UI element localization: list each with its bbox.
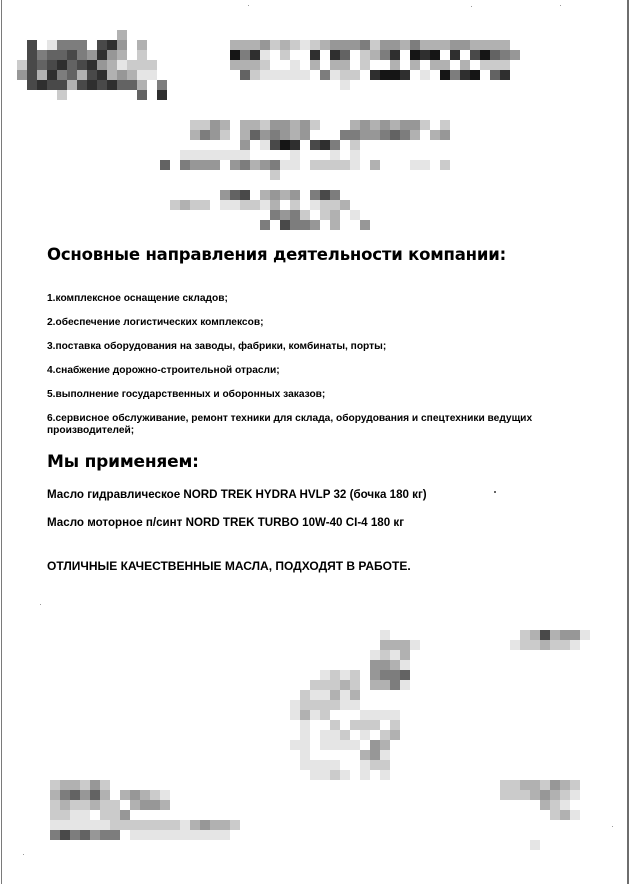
mosaic-cell <box>580 630 590 640</box>
mosaic-cell <box>560 800 570 810</box>
mosaic-cell <box>570 810 580 820</box>
mosaic-cell <box>390 60 400 70</box>
mosaic-cell <box>510 780 520 790</box>
mosaic-cell <box>560 630 570 640</box>
mosaic-cell <box>530 840 540 850</box>
mosaic-cell <box>550 800 560 810</box>
mosaic-cell <box>220 830 230 840</box>
mosaic-cell <box>210 130 220 140</box>
mosaic-cell <box>230 40 240 50</box>
mosaic-cell <box>230 200 240 210</box>
mosaic-cell <box>290 60 300 70</box>
mosaic-cell <box>320 770 330 780</box>
mosaic-cell <box>87 80 97 90</box>
mosaic-cell <box>320 210 330 220</box>
mosaic-cell <box>17 60 27 70</box>
mosaic-cell <box>330 760 340 770</box>
mosaic-cell <box>280 50 290 60</box>
mosaic-cell <box>360 120 370 130</box>
mosaic-cell <box>250 50 260 60</box>
mosaic-cell <box>110 830 120 840</box>
mosaic-cell <box>510 790 520 800</box>
verdict-text: ОТЛИЧНЫЕ КАЧЕСТВЕННЫЕ МАСЛА, ПОДХОДЯТ В … <box>47 559 411 573</box>
mosaic-cell <box>270 170 280 180</box>
mosaic-cell <box>290 70 300 80</box>
mosaic-cell <box>260 140 270 150</box>
mosaic-cell <box>270 160 280 170</box>
mosaic-cell <box>510 640 520 650</box>
mosaic-cell <box>140 800 150 810</box>
mosaic-cell <box>130 830 140 840</box>
mosaic-cell <box>530 630 540 640</box>
mosaic-cell <box>370 670 380 680</box>
mosaic-cell <box>240 70 250 80</box>
mosaic-cell <box>57 70 67 80</box>
mosaic-cell <box>390 640 400 650</box>
activities-heading: Основные направления деятельности компан… <box>47 245 506 264</box>
mosaic-cell <box>530 790 540 800</box>
mosaic-cell <box>320 740 330 750</box>
mosaic-cell <box>27 50 37 60</box>
mosaic-cell <box>147 70 157 80</box>
mosaic-cell <box>380 710 390 720</box>
mosaic-cell <box>290 150 300 160</box>
mosaic-cell <box>80 810 90 820</box>
mosaic-cell <box>520 780 530 790</box>
document-page: Основные направления деятельности компан… <box>0 0 630 884</box>
mosaic-cell <box>470 50 480 60</box>
mosaic-cell <box>27 60 37 70</box>
mosaic-cell <box>300 750 310 760</box>
mosaic-cell <box>380 770 390 780</box>
mosaic-cell <box>320 690 330 700</box>
mosaic-cell <box>97 70 107 80</box>
mosaic-cell <box>120 810 130 820</box>
mosaic-cell <box>380 640 390 650</box>
mosaic-cell <box>390 70 400 80</box>
mosaic-cell <box>390 680 400 690</box>
mosaic-cell <box>290 220 300 230</box>
mosaic-cell <box>57 60 67 70</box>
mosaic-cell <box>350 150 360 160</box>
mosaic-cell <box>560 810 570 820</box>
mosaic-cell <box>200 160 210 170</box>
mosaic-cell <box>440 40 450 50</box>
mosaic-cell <box>190 120 200 130</box>
mosaic-cell <box>290 120 300 130</box>
mosaic-cell <box>280 220 290 230</box>
mosaic-cell <box>420 50 430 60</box>
mosaic-cell <box>137 60 147 70</box>
mosaic-cell <box>300 760 310 770</box>
mosaic-cell <box>450 70 460 80</box>
mosaic-cell <box>220 200 230 210</box>
mosaic-cell <box>350 130 360 140</box>
mosaic-cell <box>140 820 150 830</box>
mosaic-cell <box>117 30 127 40</box>
mosaic-cell <box>37 70 47 80</box>
mosaic-cell <box>320 680 330 690</box>
mosaic-cell <box>360 770 370 780</box>
mosaic-cell <box>430 50 440 60</box>
mosaic-cell <box>280 40 290 50</box>
mosaic-cell <box>550 630 560 640</box>
mosaic-cell <box>77 60 87 70</box>
mosaic-cell <box>310 200 320 210</box>
mosaic-cell <box>360 760 370 770</box>
mosaic-cell <box>350 210 360 220</box>
mosaic-cell <box>180 200 190 210</box>
mosaic-cell <box>107 70 117 80</box>
mosaic-cell <box>117 50 127 60</box>
mosaic-cell <box>310 50 320 60</box>
mosaic-cell <box>147 60 157 70</box>
mosaic-cell <box>380 660 390 670</box>
mosaic-cell <box>330 60 340 70</box>
mosaic-cell <box>107 80 117 90</box>
mosaic-cell <box>290 740 300 750</box>
mosaic-cell <box>240 40 250 50</box>
mosaic-cell <box>260 200 270 210</box>
mosaic-cell <box>117 60 127 70</box>
mosaic-cell <box>220 820 230 830</box>
mosaic-cell <box>47 80 57 90</box>
mosaic-cell <box>350 160 360 170</box>
products-heading: Мы применяем: <box>47 452 199 472</box>
mosaic-cell <box>230 820 240 830</box>
mosaic-cell <box>470 40 480 50</box>
mosaic-cell <box>330 210 340 220</box>
mosaic-cell <box>330 680 340 690</box>
mosaic-cell <box>127 60 137 70</box>
mosaic-cell <box>57 80 67 90</box>
mosaic-cell <box>250 40 260 50</box>
activity-item: 3.поставка оборудования на заводы, фабри… <box>47 341 386 353</box>
mosaic-cell <box>240 60 250 70</box>
mosaic-cell <box>400 70 410 80</box>
mosaic-cell <box>320 700 330 710</box>
mosaic-cell <box>80 790 90 800</box>
mosaic-cell <box>77 80 87 90</box>
mosaic-cell <box>300 720 310 730</box>
mosaic-cell <box>550 810 560 820</box>
mosaic-cell <box>440 160 450 170</box>
mosaic-cell <box>340 740 350 750</box>
mosaic-cell <box>370 740 380 750</box>
mosaic-cell <box>190 160 200 170</box>
mosaic-cell <box>97 50 107 60</box>
mosaic-cell <box>440 120 450 130</box>
mosaic-cell <box>480 40 490 50</box>
mosaic-cell <box>350 670 360 680</box>
mosaic-cell <box>310 60 320 70</box>
mosaic-cell <box>210 160 220 170</box>
mosaic-cell <box>320 140 330 150</box>
mosaic-cell <box>60 780 70 790</box>
mosaic-cell <box>170 830 180 840</box>
mosaic-cell <box>280 70 290 80</box>
mosaic-cell <box>400 40 410 50</box>
mosaic-cell <box>240 160 250 170</box>
mosaic-cell <box>130 790 140 800</box>
mosaic-cell <box>340 680 350 690</box>
mosaic-cell <box>117 70 127 80</box>
mosaic-cell <box>310 690 320 700</box>
mosaic-cell <box>77 40 87 50</box>
mosaic-cell <box>330 770 340 780</box>
mosaic-cell <box>330 190 340 200</box>
mosaic-cell <box>370 120 380 130</box>
mosaic-cell <box>100 800 110 810</box>
mosaic-cell <box>370 130 380 140</box>
mosaic-cell <box>290 700 300 710</box>
mosaic-cell <box>290 200 300 210</box>
mosaic-cell <box>290 160 300 170</box>
mosaic-cell <box>380 120 390 130</box>
mosaic-cell <box>47 50 57 60</box>
mosaic-cell <box>290 140 300 150</box>
mosaic-cell <box>270 40 280 50</box>
mosaic-cell <box>390 730 400 740</box>
mosaic-cell <box>410 640 420 650</box>
mosaic-cell <box>340 130 350 140</box>
mosaic-cell <box>410 130 420 140</box>
mosaic-cell <box>200 200 210 210</box>
mosaic-cell <box>60 810 70 820</box>
mosaic-cell <box>370 160 380 170</box>
product-item: Масло моторное п/синт NORD TREK TURBO 10… <box>47 516 404 529</box>
mosaic-cell <box>137 90 147 100</box>
mosaic-cell <box>300 740 310 750</box>
mosaic-cell <box>360 50 370 60</box>
mosaic-cell <box>340 690 350 700</box>
mosaic-cell <box>460 70 470 80</box>
mosaic-cell <box>67 60 77 70</box>
mosaic-cell <box>410 120 420 130</box>
mosaic-cell <box>210 820 220 830</box>
mosaic-cell <box>380 650 390 660</box>
mosaic-cell <box>240 120 250 130</box>
mosaic-cell <box>190 150 200 160</box>
mosaic-cell <box>540 640 550 650</box>
mosaic-cell <box>270 140 280 150</box>
mosaic-cell <box>350 700 360 710</box>
mosaic-cell <box>330 220 340 230</box>
mosaic-cell <box>320 40 330 50</box>
mosaic-cell <box>520 630 530 640</box>
mosaic-cell <box>70 830 80 840</box>
mosaic-cell <box>260 160 270 170</box>
mosaic-cell <box>380 750 390 760</box>
mosaic-cell <box>260 40 270 50</box>
mosaic-cell <box>530 780 540 790</box>
mosaic-cell <box>250 70 260 80</box>
mosaic-cell <box>230 160 240 170</box>
mosaic-cell <box>370 650 380 660</box>
mosaic-cell <box>400 650 410 660</box>
mosaic-cell <box>67 40 77 50</box>
mosaic-cell <box>380 130 390 140</box>
mosaic-cell <box>280 160 290 170</box>
mosaic-cell <box>490 60 500 70</box>
mosaic-cell <box>170 200 180 210</box>
mosaic-cell <box>300 130 310 140</box>
mosaic-cell <box>300 710 310 720</box>
mosaic-cell <box>500 70 510 80</box>
mosaic-cell <box>117 80 127 90</box>
mosaic-cell <box>157 90 167 100</box>
mosaic-cell <box>290 210 300 220</box>
mosaic-cell <box>350 690 360 700</box>
mosaic-cell <box>27 70 37 80</box>
mosaic-cell <box>100 820 110 830</box>
mosaic-cell <box>80 820 90 830</box>
mosaic-cell <box>340 670 350 680</box>
mosaic-cell <box>330 690 340 700</box>
mosaic-cell <box>330 160 340 170</box>
mosaic-cell <box>127 80 137 90</box>
mosaic-cell <box>380 40 390 50</box>
mosaic-cell <box>540 790 550 800</box>
mosaic-cell <box>140 830 150 840</box>
mosaic-cell <box>200 130 210 140</box>
mosaic-cell <box>360 710 370 720</box>
mosaic-cell <box>360 130 370 140</box>
mosaic-cell <box>157 80 167 90</box>
mosaic-cell <box>390 660 400 670</box>
product-item: Масло гидравлическое NORD TREK HYDRA HVL… <box>47 488 427 501</box>
mosaic-cell <box>450 50 460 60</box>
mosaic-cell <box>520 790 530 800</box>
mosaic-cell <box>340 70 350 80</box>
activity-item: 5.выполнение государственных и оборонных… <box>47 389 325 401</box>
mosaic-cell <box>370 50 380 60</box>
mosaic-cell <box>300 700 310 710</box>
mosaic-cell <box>490 70 500 80</box>
mosaic-cell <box>370 720 380 730</box>
mosaic-cell <box>400 660 410 670</box>
mosaic-cell <box>350 680 360 690</box>
mosaic-cell <box>330 720 340 730</box>
mosaic-cell <box>280 130 290 140</box>
mosaic-cell <box>240 50 250 60</box>
mosaic-cell <box>210 830 220 840</box>
mosaic-cell <box>117 40 127 50</box>
scan-edge-right <box>627 0 629 884</box>
mosaic-cell <box>260 50 270 60</box>
mosaic-cell <box>350 40 360 50</box>
mosaic-cell <box>340 700 350 710</box>
mosaic-cell <box>540 780 550 790</box>
mosaic-cell <box>400 130 410 140</box>
mosaic-cell <box>120 790 130 800</box>
mosaic-cell <box>37 60 47 70</box>
mosaic-cell <box>450 40 460 50</box>
mosaic-cell <box>320 70 330 80</box>
mosaic-cell <box>480 50 490 60</box>
mosaic-cell <box>50 810 60 820</box>
mosaic-cell <box>107 40 117 50</box>
mosaic-cell <box>70 780 80 790</box>
mosaic-cell <box>230 60 240 70</box>
mosaic-cell <box>107 60 117 70</box>
mosaic-cell <box>360 220 370 230</box>
mosaic-cell <box>100 830 110 840</box>
mosaic-cell <box>180 820 190 830</box>
mosaic-cell <box>360 750 370 760</box>
mosaic-cell <box>87 70 97 80</box>
mosaic-cell <box>130 820 140 830</box>
mosaic-cell <box>500 40 510 50</box>
activity-item: 1.комплексное оснащение складов; <box>47 293 228 305</box>
mosaic-cell <box>150 820 160 830</box>
mosaic-cell <box>250 160 260 170</box>
mosaic-cell <box>240 140 250 150</box>
scan-speck <box>560 5 561 6</box>
mosaic-cell <box>27 80 37 90</box>
mosaic-cell <box>77 70 87 80</box>
mosaic-cell <box>330 50 340 60</box>
mosaic-cell <box>67 70 77 80</box>
mosaic-cell <box>520 640 530 650</box>
mosaic-cell <box>150 790 160 800</box>
mosaic-cell <box>340 60 350 70</box>
mosaic-cell <box>137 80 147 90</box>
mosaic-cell <box>310 40 320 50</box>
mosaic-cell <box>150 830 160 840</box>
activity-item: 2.обеспечение логистических комплексов; <box>47 317 263 329</box>
mosaic-cell <box>270 70 280 80</box>
mosaic-cell <box>57 50 67 60</box>
mosaic-cell <box>420 40 430 50</box>
mosaic-cell <box>440 130 450 140</box>
mosaic-cell <box>240 130 250 140</box>
mosaic-cell <box>80 830 90 840</box>
mosaic-cell <box>100 810 110 820</box>
mosaic-cell <box>330 40 340 50</box>
mosaic-cell <box>240 190 250 200</box>
mosaic-cell <box>97 60 107 70</box>
mosaic-cell <box>350 70 360 80</box>
mosaic-cell <box>97 80 107 90</box>
mosaic-cell <box>90 780 100 790</box>
mosaic-cell <box>350 120 360 130</box>
mosaic-cell <box>160 790 170 800</box>
mosaic-cell <box>440 70 450 80</box>
mosaic-cell <box>420 120 430 130</box>
mosaic-cell <box>560 640 570 650</box>
mosaic-cell <box>280 140 290 150</box>
mosaic-cell <box>360 730 370 740</box>
mosaic-cell <box>70 790 80 800</box>
mosaic-cell <box>380 670 390 680</box>
mosaic-cell <box>240 150 250 160</box>
mosaic-cell <box>67 80 77 90</box>
mosaic-cell <box>360 40 370 50</box>
mosaic-cell <box>37 50 47 60</box>
mosaic-cell <box>280 190 290 200</box>
mosaic-cell <box>370 70 380 80</box>
mosaic-cell <box>250 120 260 130</box>
mosaic-cell <box>137 40 147 50</box>
mosaic-cell <box>200 830 210 840</box>
mosaic-cell <box>200 820 210 830</box>
mosaic-cell <box>500 50 510 60</box>
mosaic-cell <box>300 690 310 700</box>
mosaic-cell <box>250 60 260 70</box>
mosaic-cell <box>370 760 380 770</box>
mosaic-cell <box>250 130 260 140</box>
